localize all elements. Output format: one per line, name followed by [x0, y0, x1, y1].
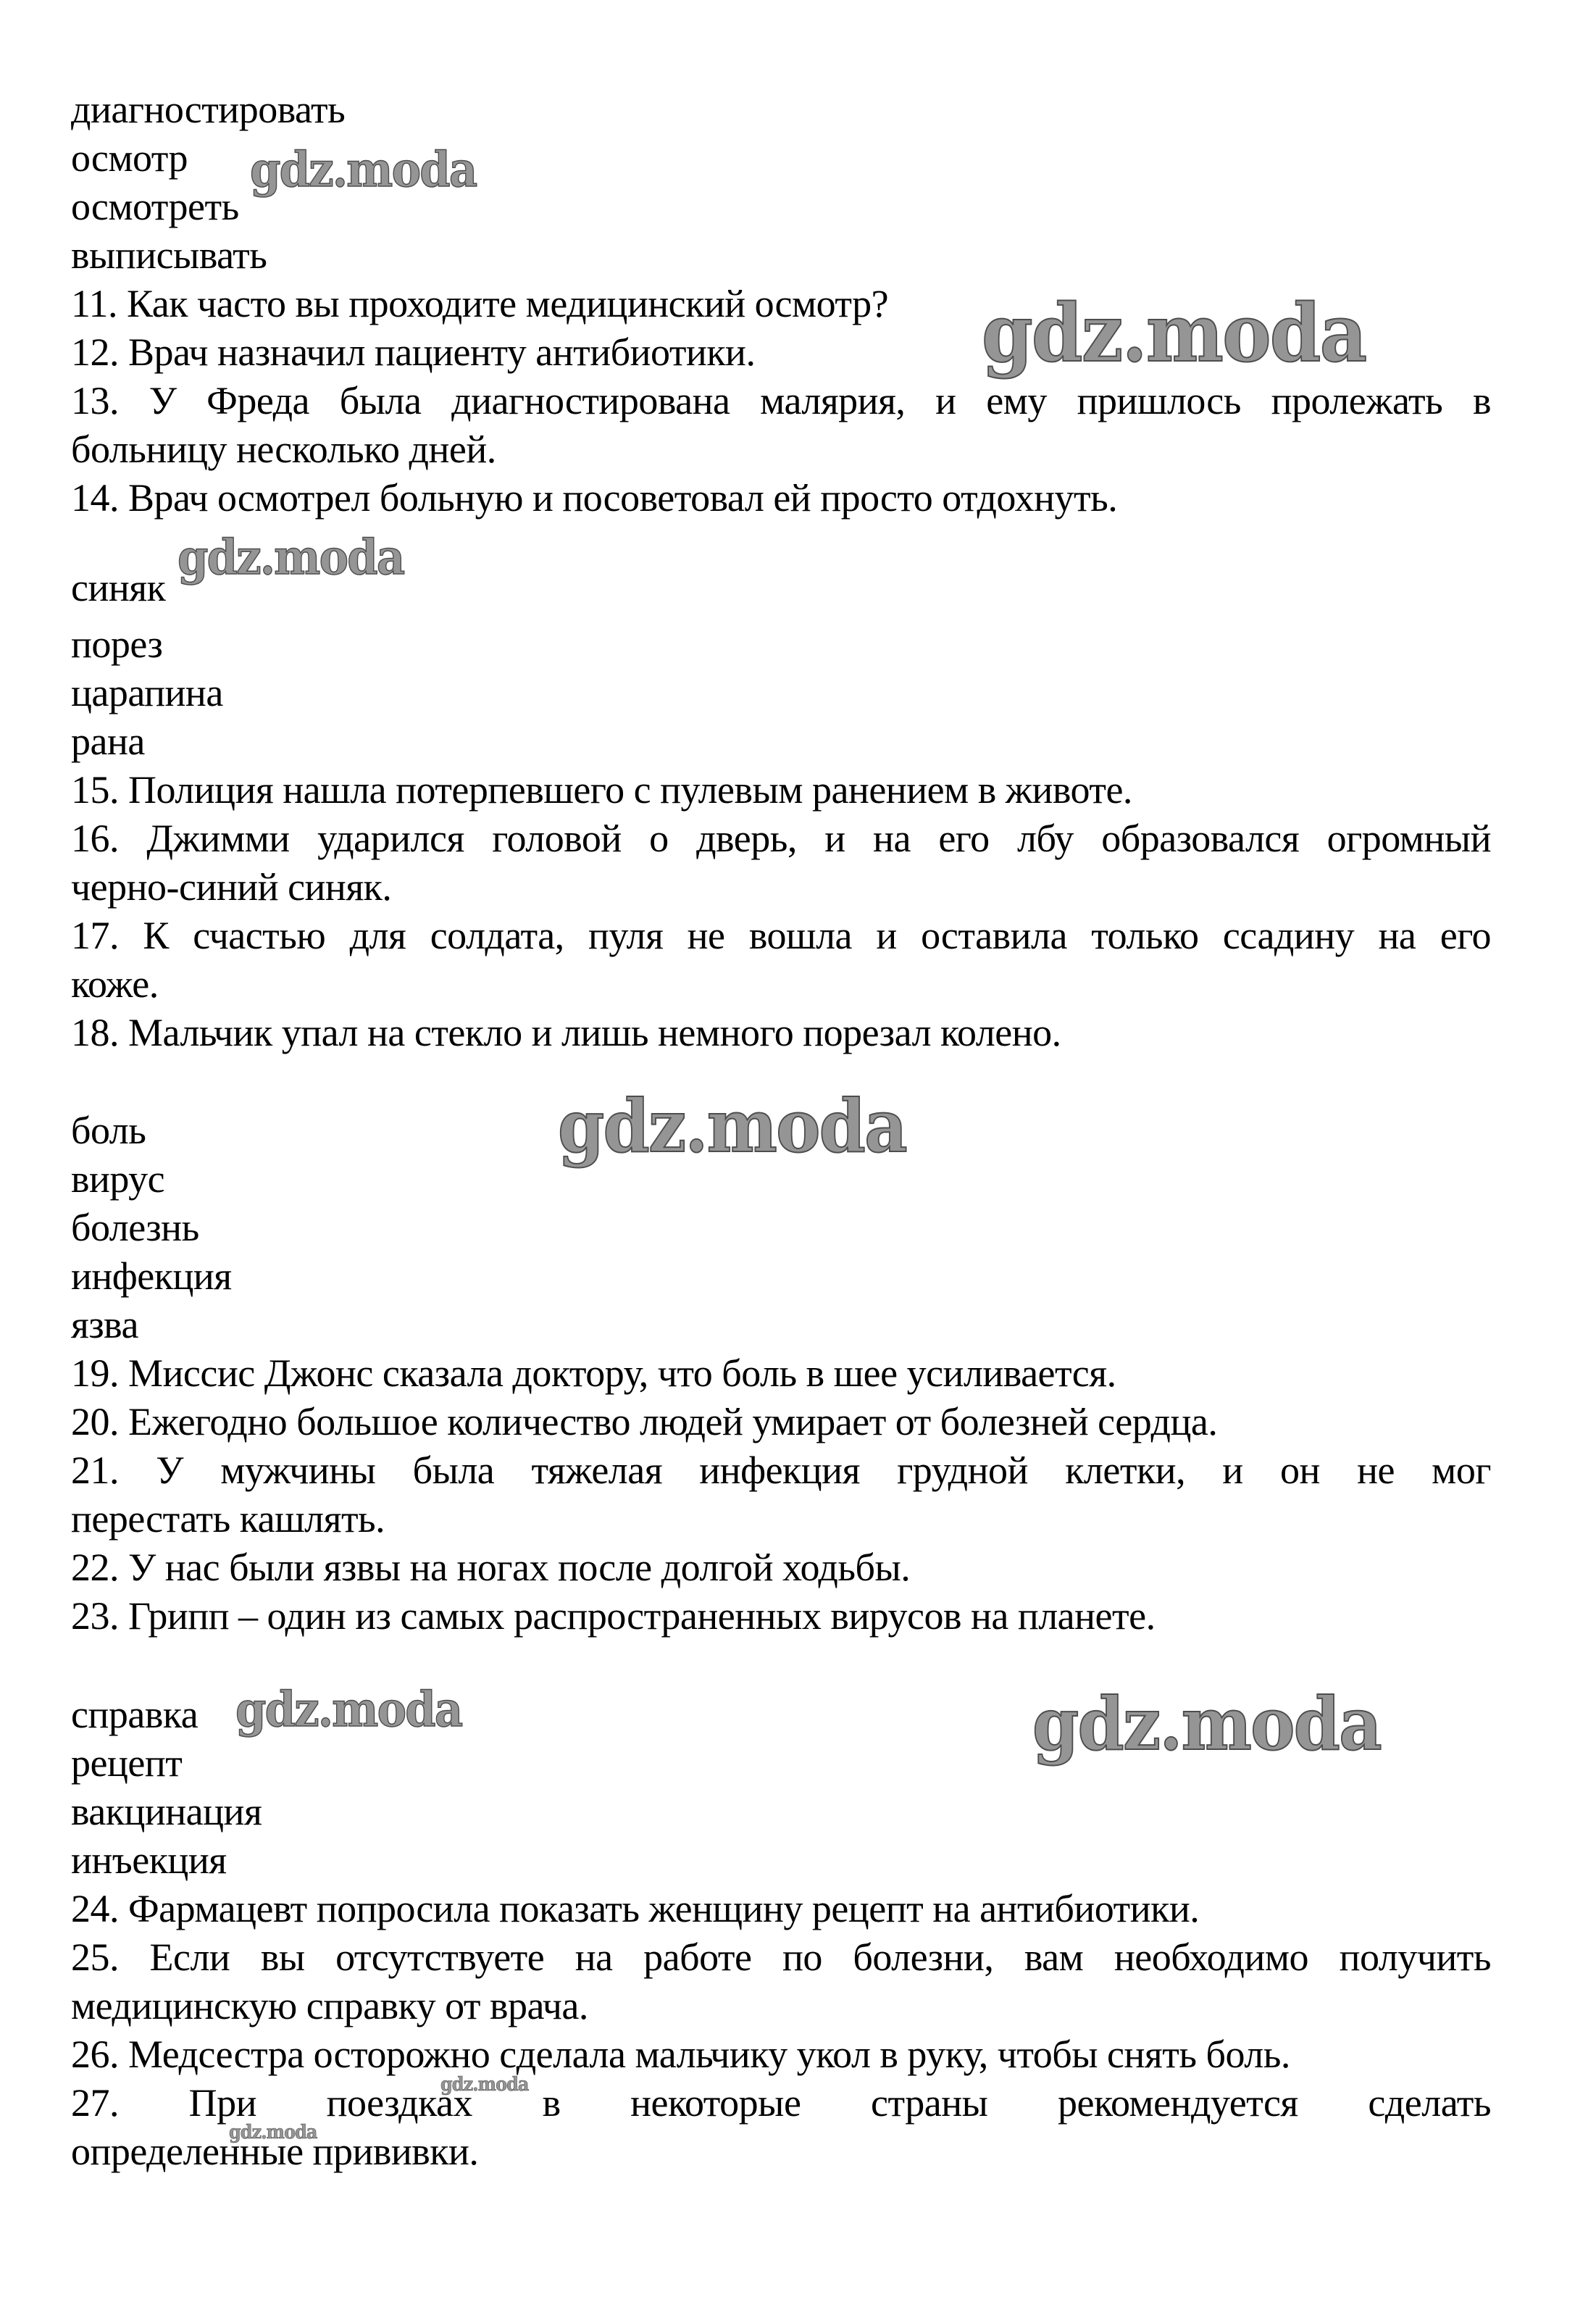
watermark: gdz.moda	[235, 1681, 461, 1738]
vocab-word: рана	[71, 717, 1491, 766]
sentence-continuation: перестать кашлять.	[71, 1495, 1491, 1543]
sentence: 22. У нас были язвы на ногах после долго…	[71, 1543, 1491, 1592]
sentence: 14. Врач осмотрел больную и посоветовал …	[71, 474, 1491, 522]
sentence: 17. К счастью для солдата, пуля не вошла…	[71, 912, 1491, 960]
watermark: gdz.moda	[558, 1083, 906, 1169]
sentence: 24. Фармацевт попросила показать женщину…	[71, 1885, 1491, 1933]
sentence-continuation: коже.	[71, 960, 1491, 1009]
vocab-word: вакцинация	[71, 1788, 1491, 1836]
sentence-continuation: черно-синий синяк.	[71, 863, 1491, 912]
sentence: 27. При поездках в некоторые страны реко…	[71, 2079, 1491, 2127]
vocab-word: выписывать	[71, 231, 1491, 280]
watermark: gdz.moda	[229, 2122, 317, 2143]
watermark: gdz.moda	[250, 141, 476, 198]
sentence: 16. Джимми ударился головой о дверь, и н…	[71, 814, 1491, 863]
sentence: 15. Полиция нашла потерпевшего с пулевым…	[71, 766, 1491, 814]
vocab-word: царапина	[71, 669, 1491, 717]
watermark: gdz.moda	[440, 2074, 528, 2096]
vocab-word: диагностировать	[71, 86, 1491, 134]
sentence: 23. Грипп – один из самых распространенн…	[71, 1592, 1491, 1641]
sentence-continuation: больницу несколько дней.	[71, 425, 1491, 474]
sentence: 18. Мальчик упал на стекло и лишь немног…	[71, 1009, 1491, 1057]
vocab-word: порез	[71, 620, 1491, 669]
sentence: 19. Миссис Джонс сказала доктору, что бо…	[71, 1349, 1491, 1398]
sentence: 26. Медсестра осторожно сделала мальчику…	[71, 2030, 1491, 2079]
sentence-continuation: медицинскую справку от врача.	[71, 1982, 1491, 2030]
watermark: gdz.moda	[982, 286, 1366, 380]
vocab-word: язва	[71, 1301, 1491, 1349]
sentence: 21. У мужчины была тяжелая инфекция груд…	[71, 1446, 1491, 1495]
watermark: gdz.moda	[177, 529, 404, 585]
vocab-word: инъекция	[71, 1836, 1491, 1885]
vocab-word: болезнь	[71, 1204, 1491, 1252]
vocab-word: инфекция	[71, 1252, 1491, 1301]
sentence: 20. Ежегодно большое количество людей ум…	[71, 1398, 1491, 1446]
sentence: 25. Если вы отсутствуете на работе по бо…	[71, 1933, 1491, 1982]
sentence: 13. У Фреда была диагностирована малярия…	[71, 377, 1491, 425]
watermark: gdz.moda	[1032, 1681, 1381, 1767]
